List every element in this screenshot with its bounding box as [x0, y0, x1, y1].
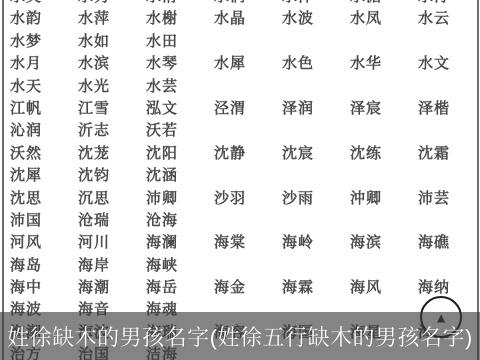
- name-rows: 水韵水萍水榭水晶水波水凤水云水梦水如水田水月水滨水琴水犀水色水华水文水天水光水芸…: [10, 8, 478, 360]
- name-item: 泽宸: [350, 98, 418, 120]
- name-row: 海中海潮海岳海金海霖海风海纳: [10, 277, 478, 299]
- name-item: 沈宸: [282, 143, 350, 165]
- name-item: 泽楷: [418, 98, 480, 120]
- name-item: 海岳: [146, 277, 214, 299]
- name-item: 海金: [214, 277, 282, 299]
- name-item: 江雪: [78, 98, 146, 120]
- name-item: 河风: [10, 232, 78, 254]
- name-row: 沛国沧瑞沧海: [10, 210, 478, 232]
- name-item: 水文: [418, 53, 480, 75]
- name-item: 沂志: [78, 120, 146, 142]
- name-item: 海岸: [78, 255, 146, 277]
- name-item: 沉思: [78, 188, 146, 210]
- name-item: 水韵: [10, 8, 78, 30]
- name-item: 沈茏: [78, 143, 146, 165]
- name-item: 沈犀: [10, 165, 78, 187]
- name-item: 沁润: [10, 120, 78, 142]
- name-item: 沛芸: [418, 188, 480, 210]
- name-item: 沈涵: [146, 165, 214, 187]
- name-row: 河风河川海澜海棠海岭海滨海礁: [10, 232, 478, 254]
- name-item: 海峡: [146, 255, 214, 277]
- name-row: 水梦水如水田: [10, 31, 478, 53]
- name-item: 水秀: [78, 0, 146, 8]
- name-item: 河川: [78, 232, 146, 254]
- name-item: 江帆: [10, 98, 78, 120]
- name-item: 海岛: [10, 255, 78, 277]
- name-item: 水色: [282, 53, 350, 75]
- name-row: 水天水光水芸: [10, 76, 478, 98]
- name-list: 水灵水秀水清水润水泽水湄水汀 水韵水萍水榭水晶水波水凤水云水梦水如水田水月水滨水…: [10, 0, 478, 360]
- name-item: 海纳: [418, 277, 480, 299]
- name-row: 水灵水秀水清水润水泽水湄水汀: [10, 0, 478, 8]
- name-item: 沈霜: [418, 143, 480, 165]
- name-item: 泽润: [282, 98, 350, 120]
- name-item: 水灵: [10, 0, 78, 8]
- name-item: 水滨: [78, 53, 146, 75]
- name-item: 海礁: [418, 232, 480, 254]
- name-item: 沃然: [10, 143, 78, 165]
- name-item: 海霖: [282, 277, 350, 299]
- name-item: 沖卿: [350, 188, 418, 210]
- name-item: 沈钧: [78, 165, 146, 187]
- name-item: 沈静: [214, 143, 282, 165]
- name-item: 海风: [350, 277, 418, 299]
- name-row: 水月水滨水琴水犀水色水华水文: [10, 53, 478, 75]
- name-row: 沈犀沈钧沈涵: [10, 165, 478, 187]
- name-item: 水月: [10, 53, 78, 75]
- name-item: 水清: [146, 0, 214, 8]
- page-border-left: [2, 0, 4, 360]
- name-item: 水晶: [214, 8, 282, 30]
- name-item: 水凤: [350, 8, 418, 30]
- name-item: 水波: [282, 8, 350, 30]
- name-item: 沃若: [146, 120, 214, 142]
- name-row: 海岛海岸海峡: [10, 255, 478, 277]
- name-row: 江帆江雪泓文泾渭泽润泽宸泽楷: [10, 98, 478, 120]
- name-item: 水梦: [10, 31, 78, 53]
- name-item: 水泽: [282, 0, 350, 8]
- name-item: 水湄: [350, 0, 418, 8]
- name-item: 水光: [78, 76, 146, 98]
- name-item: 水润: [214, 0, 282, 8]
- name-item: 水华: [350, 53, 418, 75]
- name-item: 沛国: [10, 210, 78, 232]
- name-item: 沧海: [146, 210, 214, 232]
- name-item: 水云: [418, 8, 480, 30]
- name-item: 海澜: [146, 232, 214, 254]
- name-item: 水如: [78, 31, 146, 53]
- name-item: 水田: [146, 31, 214, 53]
- name-item: 沈思: [10, 188, 78, 210]
- name-item: 水琴: [146, 53, 214, 75]
- name-item: 沛卿: [146, 188, 214, 210]
- page-title: 姓徐缺木的男孩名字(姓徐五行缺木的男孩名字): [0, 312, 480, 360]
- name-item: 沈阳: [146, 143, 214, 165]
- name-row: 水韵水萍水榭水晶水波水凤水云: [10, 8, 478, 30]
- name-item: 水犀: [214, 53, 282, 75]
- name-item: 水芸: [146, 76, 214, 98]
- name-item: 海棠: [214, 232, 282, 254]
- name-item: 海潮: [78, 277, 146, 299]
- name-item: 海滨: [350, 232, 418, 254]
- name-item: 水萍: [78, 8, 146, 30]
- clipped-top-rows: 水灵水秀水清水润水泽水湄水汀: [10, 0, 478, 8]
- name-item: 海中: [10, 277, 78, 299]
- name-item: 沙雨: [282, 188, 350, 210]
- name-item: 水汀: [418, 0, 480, 8]
- name-row: 沃然沈茏沈阳沈静沈宸沈练沈霜: [10, 143, 478, 165]
- name-item: 水榭: [146, 8, 214, 30]
- name-item: 泾渭: [214, 98, 282, 120]
- name-item: 沙羽: [214, 188, 282, 210]
- name-item: 水天: [10, 76, 78, 98]
- name-item: 海岭: [282, 232, 350, 254]
- name-item: 泓文: [146, 98, 214, 120]
- page: 水灵水秀水清水润水泽水湄水汀 水韵水萍水榭水晶水波水凤水云水梦水如水田水月水滨水…: [0, 0, 480, 360]
- name-item: 沧瑞: [78, 210, 146, 232]
- name-row: 沁润沂志沃若: [10, 120, 478, 142]
- name-item: 沈练: [350, 143, 418, 165]
- name-row: 沈思沉思沛卿沙羽沙雨沖卿沛芸: [10, 188, 478, 210]
